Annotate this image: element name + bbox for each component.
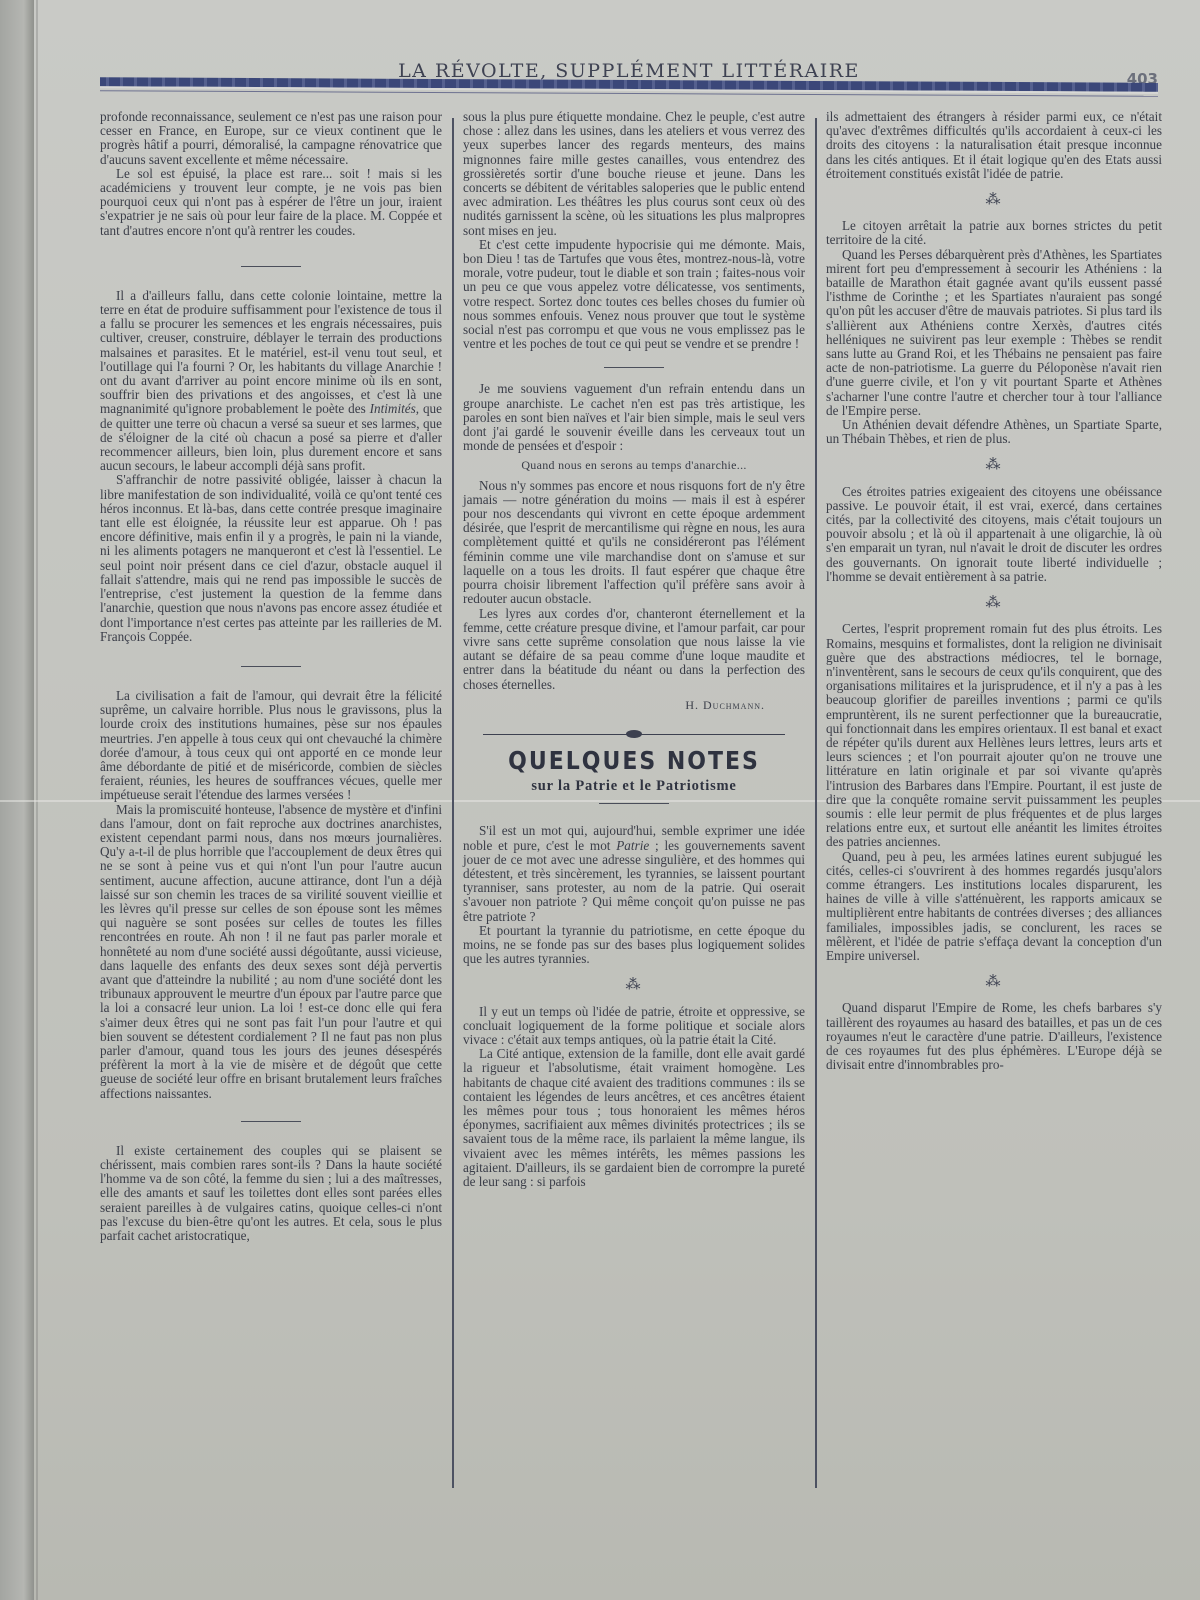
article-subtitle: sur la Patrie et le Patriotisme xyxy=(463,779,805,793)
asterism-separator: ⁂ xyxy=(826,193,1162,207)
asterism-separator: ⁂ xyxy=(826,975,1162,989)
paragraph: Les lyres aux cordes d'or, chanteront ét… xyxy=(463,607,805,692)
asterism-separator: ⁂ xyxy=(826,458,1162,472)
column-divider-2 xyxy=(815,118,817,1488)
paragraph: Quand, peu à peu, les armées latines eur… xyxy=(826,850,1162,964)
section-separator xyxy=(241,1121,301,1122)
paragraph: Il existe certainement des couples qui s… xyxy=(100,1144,442,1243)
quoted-verse: Quand nous en serons au temps d'anarchie… xyxy=(463,458,805,472)
asterism-separator: ⁂ xyxy=(826,596,1162,610)
paragraph: Et c'est cette impudente hypocrisie qui … xyxy=(463,238,805,352)
paragraph: Il a d'ailleurs fallu, dans cette coloni… xyxy=(100,289,442,474)
paragraph: Quand les Perses débarquèrent près d'Ath… xyxy=(826,248,1162,418)
section-separator xyxy=(604,367,664,368)
paragraph: Nous n'y sommes pas encore et nous risqu… xyxy=(463,479,805,607)
section-separator xyxy=(241,266,301,267)
paragraph: sous la plus pure étiquette mondaine. Ch… xyxy=(463,110,805,238)
title-separator xyxy=(599,803,669,804)
paragraph: ils admettaient des étrangers à résider … xyxy=(826,110,1162,181)
article-title: QUELQUES NOTES xyxy=(463,754,805,770)
column-divider-1 xyxy=(452,118,454,1488)
paragraph: Certes, l'esprit proprement romain fut d… xyxy=(826,622,1162,849)
ornamental-divider xyxy=(483,734,785,735)
column-2: sous la plus pure étiquette mondaine. Ch… xyxy=(463,110,805,1189)
section-separator xyxy=(241,666,301,667)
paragraph: profonde reconnaissance, seulement ce n'… xyxy=(100,110,442,167)
paragraph: Je me souviens vaguement d'un refrain en… xyxy=(463,382,805,453)
paragraph: Quand disparut l'Empire de Rome, les che… xyxy=(826,1001,1162,1072)
column-1: profonde reconnaissance, seulement ce n'… xyxy=(100,110,442,1243)
paragraph: Et pourtant la tyrannie du patriotisme, … xyxy=(463,924,805,967)
paragraph: Ces étroites patries exigeaient des cito… xyxy=(826,485,1162,584)
paragraph: Le citoyen arrêtait la patrie aux bornes… xyxy=(826,219,1162,247)
paragraph: Mais la promiscuité honteuse, l'absence … xyxy=(100,803,442,1101)
paragraph: S'il est un mot qui, aujourd'hui, semble… xyxy=(463,824,805,923)
column-3: ils admettaient des étrangers à résider … xyxy=(826,110,1162,1072)
paragraph: La Cité antique, extension de la famille… xyxy=(463,1047,805,1189)
asterism-separator: ⁂ xyxy=(463,978,805,992)
paragraph: La civilisation a fait de l'amour, qui d… xyxy=(100,689,442,803)
paragraph: Il y eut un temps où l'idée de patrie, é… xyxy=(463,1005,805,1048)
author-signature: H. Duchmann. xyxy=(463,698,765,712)
paragraph: Le sol est épuisé, la place est rare... … xyxy=(100,167,442,238)
paragraph: Un Athénien devait défendre Athènes, un … xyxy=(826,418,1162,446)
paragraph: S'affranchir de notre passivité obligée,… xyxy=(100,473,442,643)
